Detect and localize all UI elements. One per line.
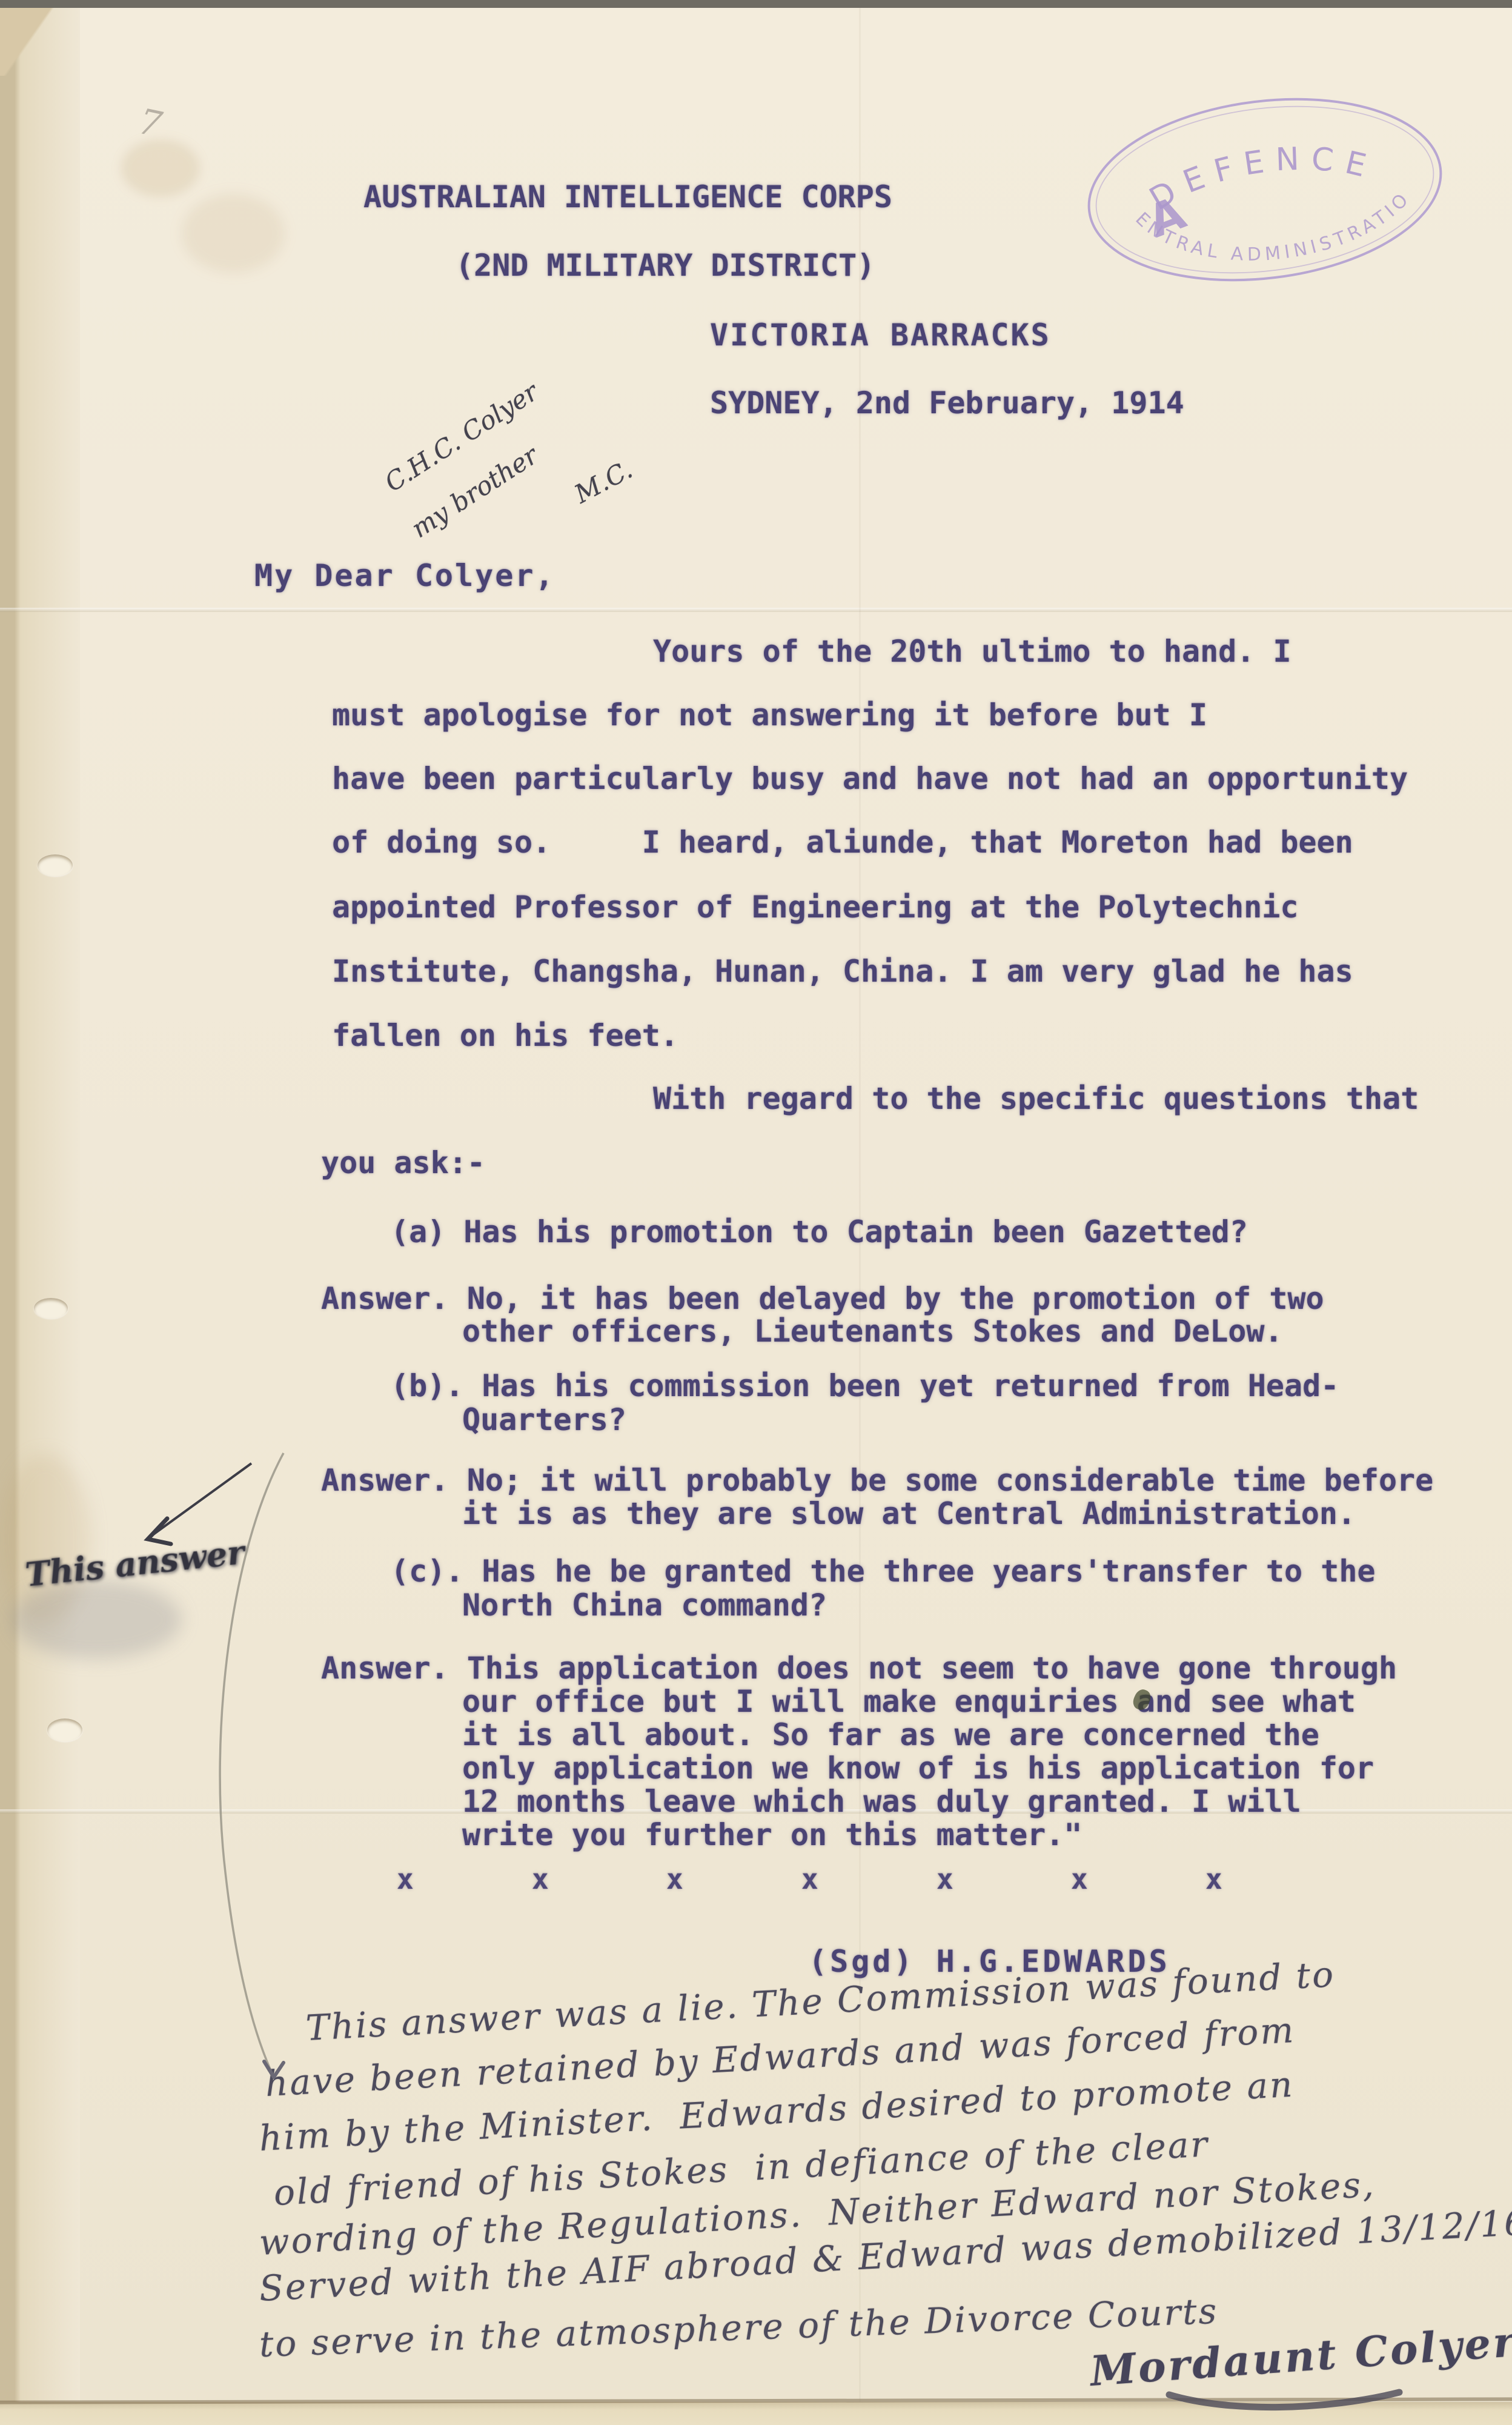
typed-line: (a) Has his promotion to Captain been Ga… bbox=[391, 1217, 1248, 1247]
salutation-line: My Dear Colyer, bbox=[254, 561, 555, 591]
letterhead-line: VICTORIA BARRACKS bbox=[710, 320, 1051, 350]
typed-line: Institute, Changsha, Hunan, China. I am … bbox=[332, 956, 1353, 986]
punch-hole bbox=[47, 1718, 82, 1741]
typed-line: Yours of the 20th ultimo to hand. I bbox=[653, 636, 1291, 667]
x-mark: x bbox=[1205, 1865, 1222, 1893]
typed-line: Quarters? bbox=[462, 1405, 626, 1435]
paper-stain bbox=[182, 194, 285, 273]
typed-line: 12 months leave which was duly granted. … bbox=[462, 1786, 1301, 1817]
letterhead-line: (2ND MILITARY DISTRICT) bbox=[456, 250, 875, 281]
typed-line: our office but I will make enquiries and… bbox=[462, 1686, 1356, 1717]
underlying-sheet bbox=[0, 2402, 1512, 2425]
typed-line: appointed Professor of Engineering at th… bbox=[332, 892, 1298, 922]
x-mark: x bbox=[937, 1865, 953, 1893]
typed-line: (c). Has he be granted the three years't… bbox=[391, 1556, 1376, 1586]
typed-line: you ask:- bbox=[321, 1148, 485, 1178]
typed-line: With regard to the specific questions th… bbox=[653, 1083, 1419, 1114]
x-mark: x bbox=[397, 1865, 414, 1893]
typed-line: North China command? bbox=[462, 1590, 827, 1620]
punch-hole bbox=[38, 854, 73, 876]
x-mark: x bbox=[532, 1865, 549, 1893]
typed-line: Answer. No, it has been delayed by the p… bbox=[321, 1283, 1324, 1314]
paper-left-edge bbox=[0, 8, 80, 2402]
x-mark: x bbox=[1071, 1865, 1088, 1893]
typed-line: fallen on his feet. bbox=[332, 1020, 678, 1051]
paper-stain bbox=[121, 139, 200, 197]
typed-line: have been particularly busy and have not… bbox=[332, 763, 1408, 794]
typed-line: of doing so. I heard, aliunde, that More… bbox=[332, 827, 1353, 857]
typed-line: Answer. This application does not seem t… bbox=[321, 1653, 1397, 1683]
typed-line: only application we know of is his appli… bbox=[462, 1753, 1374, 1783]
folded-corner bbox=[0, 8, 61, 76]
typed-line: it is as they are slow at Central Admini… bbox=[462, 1499, 1356, 1529]
punch-hole bbox=[34, 1298, 68, 1319]
typed-line: must apologise for not answering it befo… bbox=[332, 700, 1207, 730]
letterhead-line: SYDNEY, 2nd February, 1914 bbox=[710, 388, 1184, 418]
typed-line: Answer. No; it will probably be some con… bbox=[321, 1465, 1433, 1495]
x-mark: x bbox=[801, 1865, 818, 1893]
typed-line: it is all about. So far as we are concer… bbox=[462, 1720, 1319, 1750]
letterhead-line: AUSTRALIAN INTELLIGENCE CORPS bbox=[363, 182, 892, 212]
typed-line: (b). Has his commission been yet returne… bbox=[391, 1371, 1339, 1401]
typed-line: write you further on this matter." bbox=[462, 1820, 1083, 1850]
x-mark: x bbox=[666, 1865, 683, 1893]
scanned-letter: DEFENCE A CENTRAL ADMINISTRATION AUSTRAL… bbox=[0, 0, 1512, 2425]
fold-crease bbox=[0, 608, 1512, 612]
typed-line: other officers, Lieutenants Stokes and D… bbox=[462, 1316, 1283, 1346]
